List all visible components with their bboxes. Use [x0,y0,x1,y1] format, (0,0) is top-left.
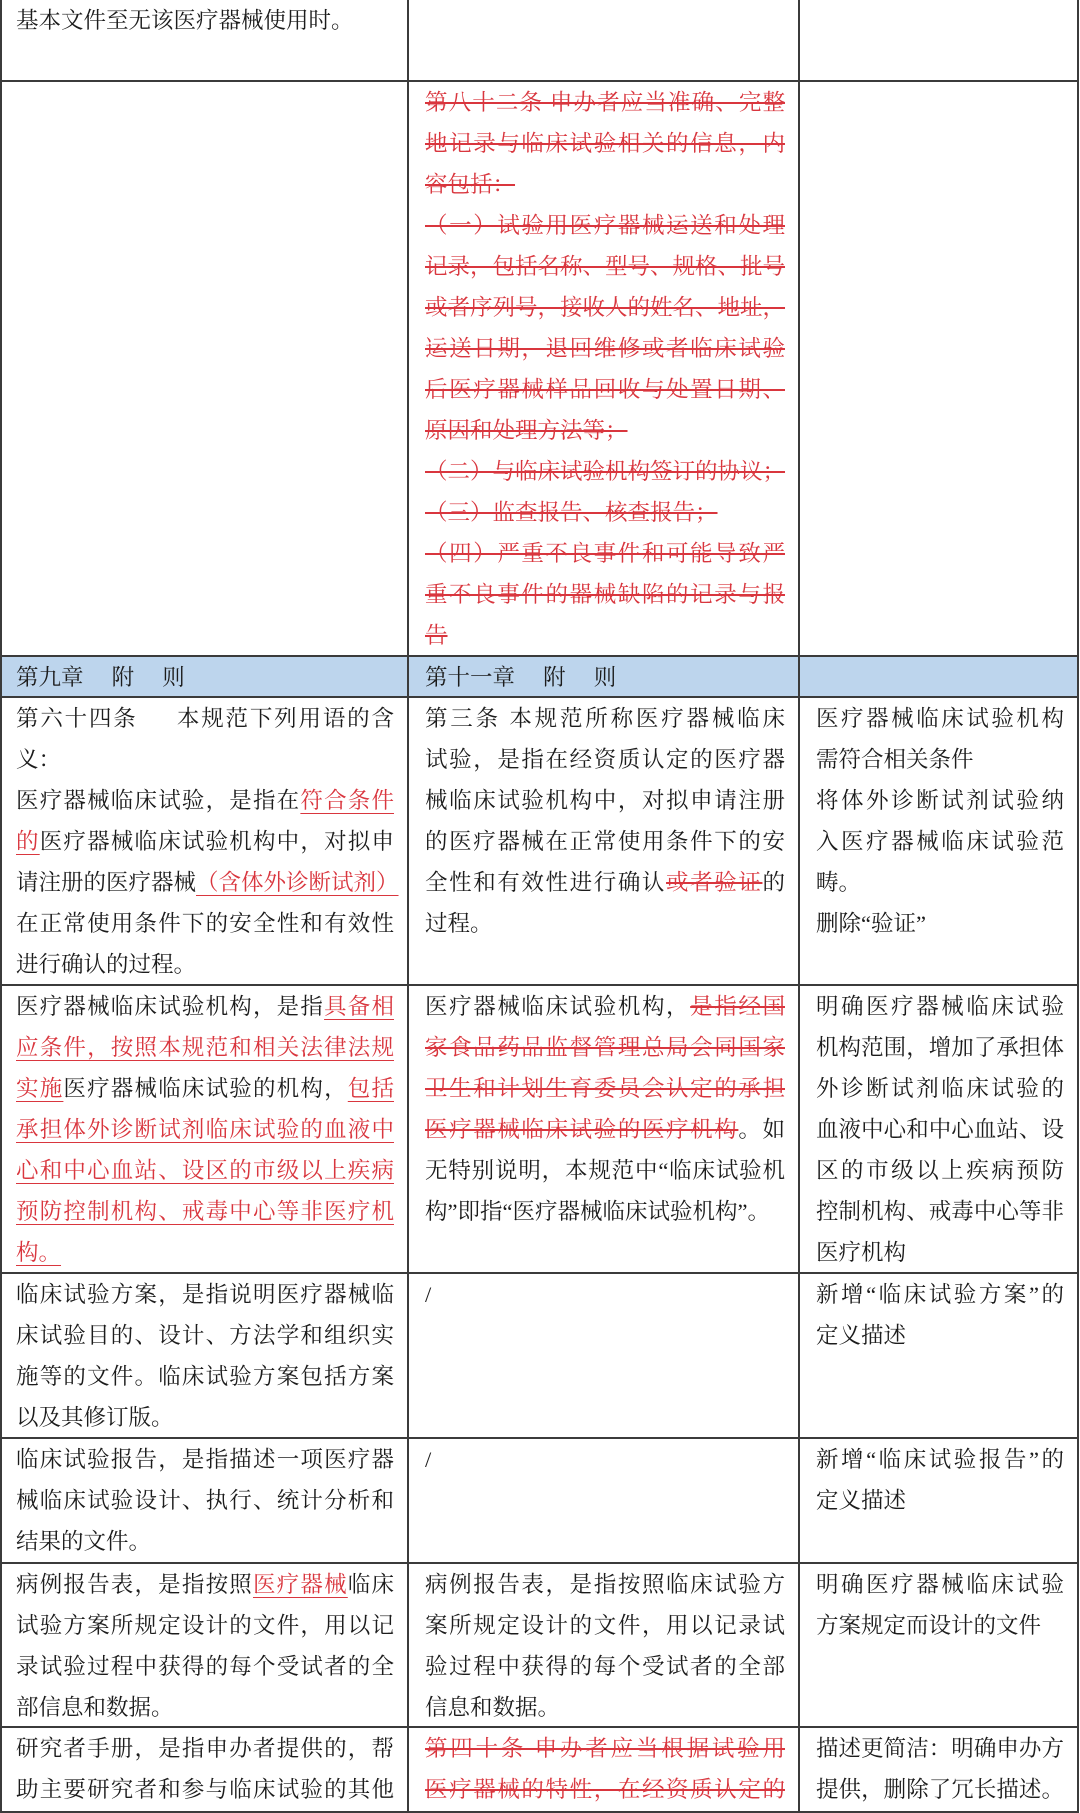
text-segment: 医疗器械临床试验，是指在 [16,788,300,813]
text-line: 医疗器械的特性，在经资质认定的 [425,1769,785,1810]
text-line: 医疗器械临床试验，是指在符合条件 [16,780,394,821]
cell-original-text: 第八十二条 申办者应当准确、完整 地记录与临床试验相关的信息，内 容包括： （一… [409,82,800,655]
text-segment: 医疗器械临床试验机构中，对拟申 [40,829,394,854]
text-segment: 外诊断试剂临床试验的 [816,1076,1064,1101]
cell-revised-text: 第六十四条 本规范下列用语的含 义： 医疗器械临床试验，是指在符合条件 的医疗器… [0,698,409,984]
cell-original-text: / [409,1274,800,1437]
text-segment: 试验方案所规定设计的文件，用以记 [16,1613,394,1638]
text-line: 床试验目的、设计、方法学和组织实 [16,1315,394,1356]
text-segment: 信息和数据。 [425,1695,560,1720]
inserted-text: 构。 [16,1240,61,1265]
text-segment: 病例报告表，是指按照临床试验方 [425,1572,785,1597]
text-line: 结果的文件。 [16,1521,394,1562]
text-line: 的医疗器械在正常使用条件下的安 [425,821,785,862]
text-segment: 医疗机构 [816,1240,906,1265]
text-segment: 基本文件至无该医疗器械使用时。 [16,8,354,33]
text-line: 基本文件至无该医疗器械使用时。 [16,0,394,41]
text-segment: 血液中心和中心血站、设 [816,1117,1064,1142]
text-segment: 明确医疗器械临床试验 [816,1572,1064,1597]
cell-change-note: 医疗器械临床试验机构 需符合相关条件 将体外诊断试剂试验纳 入医疗器械临床试验范… [800,698,1079,984]
text-line: （二）与临床试验机构签订的协议； [425,451,785,492]
cell-original-text: 第四十条 申办者应当根据试验用 医疗器械的特性，在经资质认定的 [409,1728,800,1811]
text-line: （一）试验用医疗器械运送和处理 [425,205,785,246]
text-line: 第九章 附 则 [16,657,394,698]
text-segment: 全性和有效性进行确认 [425,870,666,895]
cell-original-text [409,0,800,80]
table-row: 临床试验报告，是指描述一项医疗器 械临床试验设计、执行、统计分析和 结果的文件。… [0,1439,1079,1564]
text-line: 研究者手册，是指申办者提供的，帮 [16,1728,394,1769]
cell-original-text: 第三条 本规范所称医疗器械临床 试验，是指在经资质认定的医疗器 械临床试验机构中… [409,698,800,984]
text-line: 畴。 [816,862,1064,903]
cell-original-text: 病例报告表，是指按照临床试验方 案所规定设计的文件，用以记录试 验过程中获得的每… [409,1564,800,1726]
text-segment: 。如 [738,1117,785,1142]
cell-change-note: 明确医疗器械临床试验 方案规定而设计的文件 [800,1564,1079,1726]
cell-change-note [800,82,1079,655]
inserted-text: 实施 [16,1076,63,1101]
text-line: 需符合相关条件 [816,739,1064,780]
text-segment: 畴。 [816,870,861,895]
text-line: 录试验过程中获得的每个受试者的全 [16,1646,394,1687]
text-line: 提供，删除了冗长描述。 [816,1769,1064,1810]
text-line: （四）严重不良事件和可能导致严 [425,533,785,574]
inserted-text: （含体外诊断试剂） [196,870,399,895]
text-segment: 医疗器械临床试验机构 [816,706,1064,731]
chapter-title: 第九章 附 则 [16,665,185,690]
text-segment: 医疗器械临床试验机构， [425,994,690,1019]
text-segment: 的医疗器械在正常使用条件下的安 [425,829,785,854]
inserted-text: 应条件，按照本规范和相关法律法规 [16,1035,394,1060]
text-line: 部信息和数据。 [16,1687,394,1728]
text-segment: 机构范围，增加了承担体 [816,1035,1064,1060]
text-line: 删除“验证” [816,903,1064,944]
deleted-text: 后医疗器械样品回收与处置日期、 [425,377,785,402]
text-segment: 部信息和数据。 [16,1695,174,1720]
inserted-text: 预防控制机构、戒毒中心等非医疗机 [16,1199,394,1224]
deleted-text: 医疗器械临床试验的医疗机构 [425,1117,738,1142]
table-row: 第八十二条 申办者应当准确、完整 地记录与临床试验相关的信息，内 容包括： （一… [0,82,1079,657]
deleted-text: 记录，包括名称、型号、规格、批号 [425,254,785,279]
text-line: 的医疗器械临床试验机构中，对拟申 [16,821,394,862]
text-line: 第八十二条 申办者应当准确、完整 [425,82,785,123]
text-segment: 描述更简洁：明确申办方 [816,1736,1064,1761]
text-segment: 需符合相关条件 [816,747,974,772]
deleted-text: （一）试验用医疗器械运送和处理 [425,213,785,238]
deleted-text: 第八十二条 申办者应当准确、完整 [425,90,785,115]
text-line: 病例报告表，是指按照医疗器械临床 [16,1564,394,1605]
deleted-text: 或者序列号，接收人的姓名、地址， [425,295,785,320]
text-line: 容包括： [425,164,785,205]
text-line: 第三条 本规范所称医疗器械临床 [425,698,785,739]
text-segment: 械临床试验机构中，对拟申请注册 [425,788,785,813]
text-line: 重不良事件的器械缺陷的记录与报 [425,574,785,615]
deleted-text: 运送日期，退回维修或者临床试验 [425,336,785,361]
text-segment: 病例报告表，是指按照 [16,1572,253,1597]
text-segment: 临床试验报告，是指描述一项医疗器 [16,1447,394,1472]
text-line: 原因和处理方法等； [425,410,785,451]
text-line: 后医疗器械样品回收与处置日期、 [425,369,785,410]
text-line: 心和中心血站、设区的市级以上疾病 [16,1150,394,1191]
text-segment: 医疗器械临床试验机构，是指 [16,994,324,1019]
text-line: 或者序列号，接收人的姓名、地址， [425,287,785,328]
deleted-text: 卫生和计划生育委员会认定的承担 [425,1076,785,1101]
text-line: 描述更简洁：明确申办方 [816,1728,1064,1769]
text-line: 信息和数据。 [425,1687,785,1728]
cell-revised-text: 医疗器械临床试验机构，是指具备相 应条件，按照本规范和相关法律法规 实施医疗器械… [0,986,409,1272]
text-segment: 试验，是指在经资质认定的医疗器 [425,747,785,772]
cell-revised-text: 临床试验方案，是指说明医疗器械临 床试验目的、设计、方法学和组织实 施等的文件。… [0,1274,409,1437]
text-segment: 提供，删除了冗长描述。 [816,1777,1064,1802]
text-line: 在正常使用条件下的安全性和有效性 [16,903,394,944]
text-line: 记录，包括名称、型号、规格、批号 [425,246,785,287]
chapter-heading-note [800,657,1079,696]
text-line: 以及其修订版。 [16,1397,394,1438]
text-segment: 第六十四条 本规范下列用语的含 [16,706,394,731]
text-segment: 区的市级以上疾病预防 [816,1158,1064,1183]
text-segment: 临床 [348,1572,394,1597]
deleted-text: 是指经国 [690,994,785,1019]
chapter-heading-original: 第十一章 附 则 [409,657,800,696]
text-segment: 将体外诊断试剂试验纳 [816,788,1064,813]
inserted-text: 符合条件 [300,788,394,813]
table-row: 医疗器械临床试验机构，是指具备相 应条件，按照本规范和相关法律法规 实施医疗器械… [0,986,1079,1274]
text-line: 医疗器械临床试验机构，是指具备相 [16,986,394,1027]
text-line: 构。 [16,1232,394,1273]
text-line: 地记录与临床试验相关的信息，内 [425,123,785,164]
cell-revised-text: 基本文件至无该医疗器械使用时。 [0,0,409,80]
deleted-text: 医疗器械的特性，在经资质认定的 [425,1777,785,1802]
text-line: 试验方案所规定设计的文件，用以记 [16,1605,394,1646]
regulation-comparison-table: 基本文件至无该医疗器械使用时。 第八十二条 申办者应当准确、完整 地记录与临床试… [0,0,1079,1813]
inserted-text: 的 [16,829,40,854]
text-line: 进行确认的过程。 [16,944,394,985]
text-line: 明确医疗器械临床试验 [816,1564,1064,1605]
text-segment: 明确医疗器械临床试验 [816,994,1064,1019]
text-line: 新增“临床试验方案”的 [816,1274,1064,1315]
text-line: 械临床试验设计、执行、统计分析和 [16,1480,394,1521]
cell-original-text: / [409,1439,800,1562]
text-line: 构”即指“医疗器械临床试验机构”。 [425,1191,785,1232]
text-segment: 义： [16,747,61,772]
text-line: 定义描述 [816,1480,1064,1521]
text-line: 控制机构、戒毒中心等非 [816,1191,1064,1232]
text-segment: 第三条 本规范所称医疗器械临床 [425,706,785,731]
cell-change-note: 描述更简洁：明确申办方 提供，删除了冗长描述。 [800,1728,1079,1811]
deleted-text: 家食品药品监督管理总局会同国家 [425,1035,785,1060]
deleted-text: （四）严重不良事件和可能导致严 [425,541,785,566]
text-line: 新增“临床试验报告”的 [816,1439,1064,1480]
text-line: 医疗机构 [816,1232,1064,1273]
inserted-text: 医疗器械 [253,1572,348,1597]
text-segment: 删除“验证” [816,911,926,936]
text-segment: 床试验目的、设计、方法学和组织实 [16,1323,394,1348]
text-segment: 在正常使用条件下的安全性和有效性 [16,911,394,936]
text-line: 施等的文件。临床试验方案包括方案 [16,1356,394,1397]
text-segment: 方案规定而设计的文件 [816,1613,1041,1638]
inserted-text: 包括 [348,1076,394,1101]
text-line: 卫生和计划生育委员会认定的承担 [425,1068,785,1109]
text-line: / [425,1274,785,1315]
chapter-title: 第十一章 附 则 [425,665,616,690]
text-segment: 新增“临床试验报告”的 [816,1447,1064,1472]
text-line: 无特别说明，本规范中“临床试验机 [425,1150,785,1191]
text-segment: 进行确认的过程。 [16,952,196,977]
text-line: 义： [16,739,394,780]
inserted-text: 心和中心血站、设区的市级以上疾病 [16,1158,394,1183]
text-line: 试验，是指在经资质认定的医疗器 [425,739,785,780]
text-segment: 验过程中获得的每个受试者的全部 [425,1654,785,1679]
text-segment: 助主要研究者和参与临床试验的其他 [16,1777,394,1802]
cell-revised-text: 研究者手册，是指申办者提供的，帮 助主要研究者和参与临床试验的其他 [0,1728,409,1811]
text-line: 械临床试验机构中，对拟申请注册 [425,780,785,821]
cell-change-note: 明确医疗器械临床试验 机构范围，增加了承担体 外诊断试剂临床试验的 血液中心和中… [800,986,1079,1272]
text-line: 机构范围，增加了承担体 [816,1027,1064,1068]
cell-revised-text: 临床试验报告，是指描述一项医疗器 械临床试验设计、执行、统计分析和 结果的文件。 [0,1439,409,1562]
text-segment: 无特别说明，本规范中“临床试验机 [425,1158,785,1183]
deleted-text: 告 [425,623,448,648]
text-line: 定义描述 [816,1315,1064,1356]
not-applicable-mark: / [425,1447,431,1472]
deleted-text: 或者验证 [666,870,762,895]
text-segment: 控制机构、戒毒中心等非 [816,1199,1064,1224]
deleted-text: 地记录与临床试验相关的信息，内 [425,131,785,156]
text-segment: 械临床试验设计、执行、统计分析和 [16,1488,394,1513]
table-row: 临床试验方案，是指说明医疗器械临 床试验目的、设计、方法学和组织实 施等的文件。… [0,1274,1079,1439]
deleted-text: （三）监查报告、核查报告； [425,500,718,525]
text-line: 实施医疗器械临床试验的机构，包括 [16,1068,394,1109]
cell-revised-text: 病例报告表，是指按照医疗器械临床 试验方案所规定设计的文件，用以记 录试验过程中… [0,1564,409,1726]
text-line: 应条件，按照本规范和相关法律法规 [16,1027,394,1068]
text-line: 请注册的医疗器械（含体外诊断试剂） [16,862,394,903]
deleted-text: 容包括： [425,172,515,197]
text-segment: 以及其修订版。 [16,1405,174,1430]
table-row: 基本文件至无该医疗器械使用时。 [0,0,1079,82]
text-segment: 案所规定设计的文件，用以记录试 [425,1613,785,1638]
text-line: / [425,1439,785,1480]
text-segment: 新增“临床试验方案”的 [816,1282,1064,1307]
text-line: 承担体外诊断试剂临床试验的血液中 [16,1109,394,1150]
text-segment: 构”即指“医疗器械临床试验机构”。 [425,1199,770,1224]
text-line: 家食品药品监督管理总局会同国家 [425,1027,785,1068]
deleted-text: 重不良事件的器械缺陷的记录与报 [425,582,785,607]
text-line: 案所规定设计的文件，用以记录试 [425,1605,785,1646]
cell-change-note: 新增“临床试验报告”的 定义描述 [800,1439,1079,1562]
text-line: 入医疗器械临床试验范 [816,821,1064,862]
text-segment: 录试验过程中获得的每个受试者的全 [16,1654,394,1679]
cell-change-note [800,0,1079,80]
not-applicable-mark: / [425,1282,431,1307]
text-line: 运送日期，退回维修或者临床试验 [425,328,785,369]
text-line: 血液中心和中心血站、设 [816,1109,1064,1150]
text-segment: 施等的文件。临床试验方案包括方案 [16,1364,394,1389]
text-segment: 临床试验方案，是指说明医疗器械临 [16,1282,394,1307]
text-line: 医疗器械临床试验的医疗机构。如 [425,1109,785,1150]
text-line: 第四十条 申办者应当根据试验用 [425,1728,785,1769]
text-segment: 定义描述 [816,1323,906,1348]
cell-original-text: 医疗器械临床试验机构，是指经国 家食品药品监督管理总局会同国家 卫生和计划生育委… [409,986,800,1272]
text-line: 将体外诊断试剂试验纳 [816,780,1064,821]
text-line: 外诊断试剂临床试验的 [816,1068,1064,1109]
chapter-heading-revised: 第九章 附 则 [0,657,409,696]
deleted-text: 原因和处理方法等； [425,418,628,443]
inserted-text: 承担体外诊断试剂临床试验的血液中 [16,1117,394,1142]
text-line: 第六十四条 本规范下列用语的含 [16,698,394,739]
text-segment: 的 [762,870,785,895]
text-line: 临床试验方案，是指说明医疗器械临 [16,1274,394,1315]
text-segment: 过程。 [425,911,493,936]
chapter-header-row: 第九章 附 则 第十一章 附 则 [0,657,1079,698]
text-line: 医疗器械临床试验机构 [816,698,1064,739]
text-segment: 定义描述 [816,1488,906,1513]
text-segment: 入医疗器械临床试验范 [816,829,1064,854]
text-segment: 结果的文件。 [16,1529,151,1554]
text-line: 临床试验报告，是指描述一项医疗器 [16,1439,394,1480]
deleted-text: 第四十条 申办者应当根据试验用 [425,1736,785,1761]
inserted-text: 具备相 [324,994,394,1019]
text-line: 预防控制机构、戒毒中心等非医疗机 [16,1191,394,1232]
table-row: 病例报告表，是指按照医疗器械临床 试验方案所规定设计的文件，用以记 录试验过程中… [0,1564,1079,1728]
text-line: 告 [425,615,785,656]
text-line: 医疗器械临床试验机构，是指经国 [425,986,785,1027]
cell-change-note: 新增“临床试验方案”的 定义描述 [800,1274,1079,1437]
text-segment: 请注册的医疗器械 [16,870,196,895]
cell-revised-text [0,82,409,655]
text-segment: 研究者手册，是指申办者提供的，帮 [16,1736,394,1761]
table-row: 第六十四条 本规范下列用语的含 义： 医疗器械临床试验，是指在符合条件 的医疗器… [0,698,1079,986]
deleted-text: （二）与临床试验机构签订的协议； [425,459,785,484]
text-line: 第十一章 附 则 [425,657,785,698]
text-line: 病例报告表，是指按照临床试验方 [425,1564,785,1605]
table-row: 研究者手册，是指申办者提供的，帮 助主要研究者和参与临床试验的其他 第四十条 申… [0,1728,1079,1813]
text-line: 区的市级以上疾病预防 [816,1150,1064,1191]
text-line: 过程。 [425,903,785,944]
text-segment: 医疗器械临床试验的机构， [63,1076,347,1101]
text-line: 明确医疗器械临床试验 [816,986,1064,1027]
text-line: （三）监查报告、核查报告； [425,492,785,533]
text-line: 全性和有效性进行确认或者验证的 [425,862,785,903]
text-line: 验过程中获得的每个受试者的全部 [425,1646,785,1687]
text-line: 方案规定而设计的文件 [816,1605,1064,1646]
text-line: 助主要研究者和参与临床试验的其他 [16,1769,394,1810]
